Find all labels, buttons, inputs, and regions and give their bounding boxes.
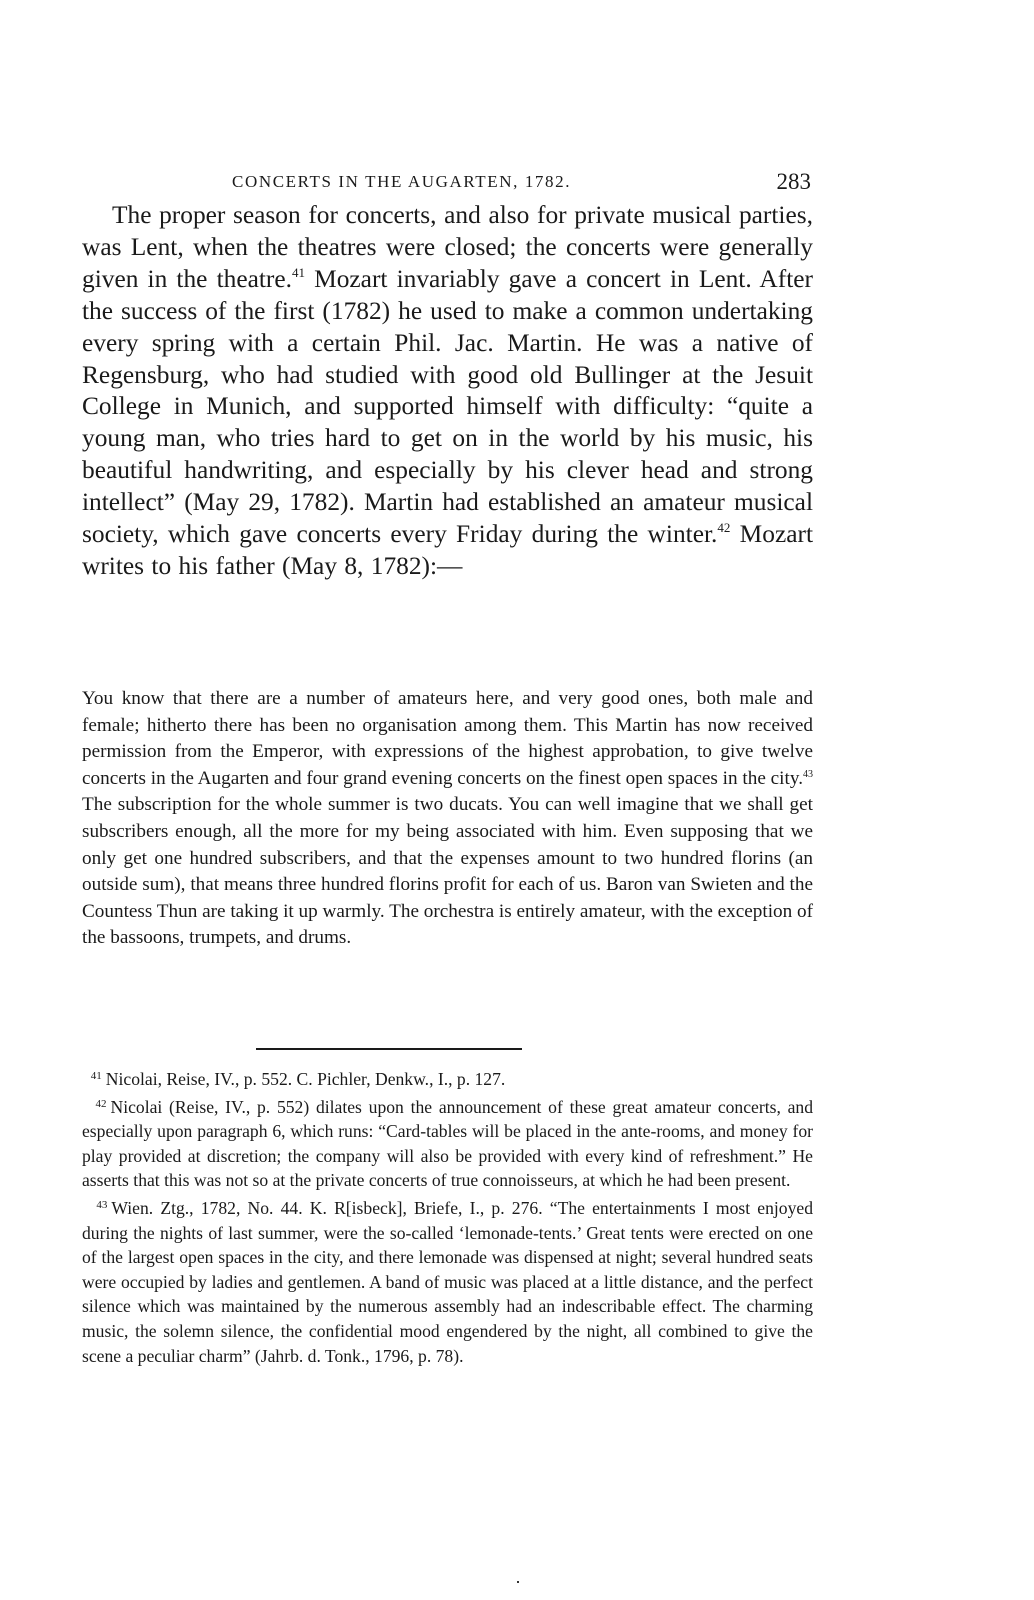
running-head: CONCERTS IN THE AUGARTEN, 1782. 283 bbox=[82, 172, 813, 200]
footnote-41: 41Nicolai, Reise, IV., p. 552. C. Pichle… bbox=[82, 1064, 813, 1092]
footnote-text: Nicolai, Reise, IV., p. 552. C. Pichler,… bbox=[106, 1069, 506, 1089]
footnotes: 41Nicolai, Reise, IV., p. 552. C. Pichle… bbox=[82, 1064, 813, 1368]
quote-text-part-1: You know that there are a number of amat… bbox=[82, 688, 813, 789]
footnote-ref-41[interactable]: 41 bbox=[292, 265, 305, 280]
footnote-43: 43Wien. Ztg., 1782, No. 44. K. R[isbeck]… bbox=[82, 1193, 813, 1368]
scan-speck bbox=[517, 1581, 519, 1583]
footnote-number: 43 bbox=[96, 1199, 107, 1211]
letter-quotation: You know that there are a number of amat… bbox=[82, 686, 813, 952]
footnote-number: 42 bbox=[96, 1098, 107, 1110]
footnote-divider bbox=[256, 1048, 522, 1050]
footnote-text: Nicolai (Reise, IV., p. 552) dilates upo… bbox=[82, 1097, 813, 1191]
quote-text-part-2: The subscription for the whole summer is… bbox=[82, 794, 813, 948]
footnote-ref-43[interactable]: 43 bbox=[803, 769, 813, 780]
footnote-ref-42[interactable]: 42 bbox=[717, 520, 730, 535]
footnote-text: Wien. Ztg., 1782, No. 44. K. R[isbeck], … bbox=[82, 1198, 813, 1366]
footnote-number: 41 bbox=[91, 1070, 102, 1082]
page-number: 283 bbox=[777, 169, 812, 195]
body-paragraph: The proper season for concerts, and also… bbox=[82, 200, 813, 583]
body-text-part-2: Mozart invariably gave a concert in Lent… bbox=[82, 265, 813, 548]
running-title: CONCERTS IN THE AUGARTEN, 1782. bbox=[232, 172, 571, 192]
footnote-42: 42Nicolai (Reise, IV., p. 552) dilates u… bbox=[82, 1092, 813, 1193]
